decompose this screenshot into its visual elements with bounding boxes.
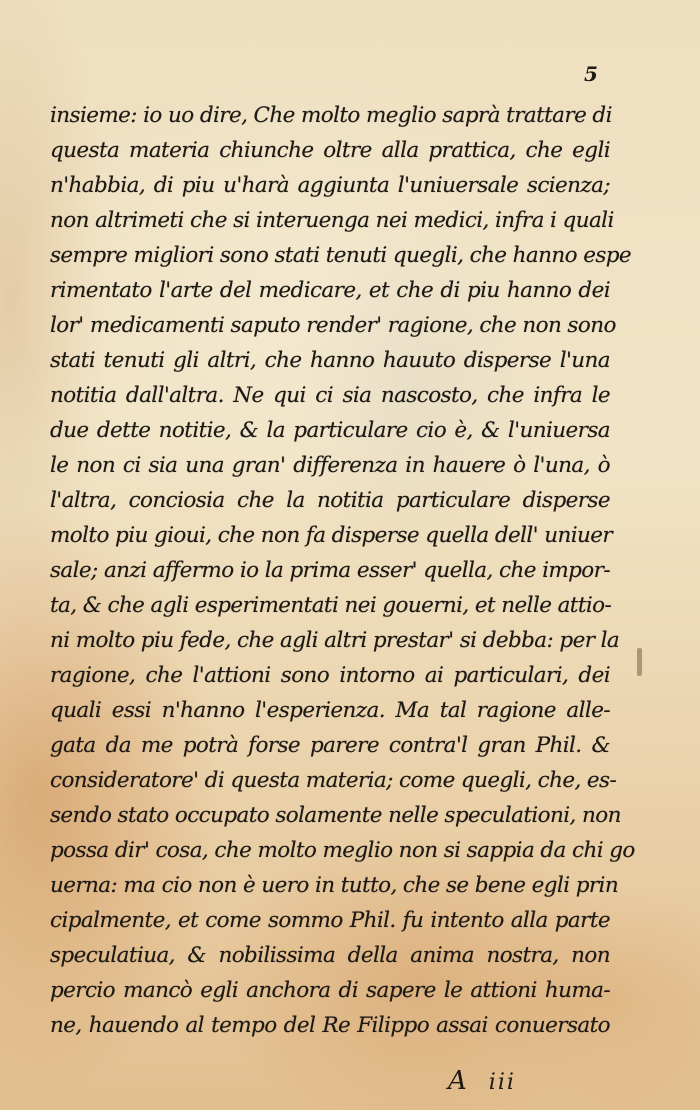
text-line: notitia dall'altra. Ne qui ci sia nascos… <box>50 378 610 413</box>
margin-mark <box>637 648 642 676</box>
text-line: percio mancò egli anchora di sapere le a… <box>50 973 610 1008</box>
text-line: non altrimeti che si interuenga nei medi… <box>50 203 610 238</box>
text-line: questa materia chiunche oltre alla pratt… <box>50 133 610 168</box>
text-line: consideratore' di questa materia; come q… <box>50 763 610 798</box>
text-line: ta, & che agli esperimentati nei gouerni… <box>50 588 610 623</box>
signature-mark: Aiii <box>448 1066 516 1096</box>
text-line: possa dir' cosa, che molto meglio non si… <box>50 833 610 868</box>
body-text: insieme: io uo dire, Che molto meglio sa… <box>50 98 610 1043</box>
text-line: n'habbia, di piu u'harà aggiunta l'uniue… <box>50 168 610 203</box>
page-number: 5 <box>584 62 598 86</box>
text-line: rimentato l'arte del medicare, et che di… <box>50 273 610 308</box>
signature-number: iii <box>489 1070 516 1095</box>
text-line: gata da me potrà forse parere contra'l g… <box>50 728 610 763</box>
text-line: stati tenuti gli altri, che hanno hauuto… <box>50 343 610 378</box>
text-line: l'altra, conciosia che la notitia partic… <box>50 483 610 518</box>
text-line: le non ci sia una gran' differenza in ha… <box>50 448 610 483</box>
text-line: sempre migliori sono stati tenuti quegli… <box>50 238 610 273</box>
text-line: sale; anzi affermo io la prima esser' qu… <box>50 553 610 588</box>
text-line: sendo stato occupato solamente nelle spe… <box>50 798 610 833</box>
book-page: 5 insieme: io uo dire, Che molto meglio … <box>0 0 700 1110</box>
text-line: cipalmente, et come sommo Phil. fu inten… <box>50 903 610 938</box>
text-line: insieme: io uo dire, Che molto meglio sa… <box>50 98 610 133</box>
text-line: lor' medicamenti saputo render' ragione,… <box>50 308 610 343</box>
text-line: ragione, che l'attioni sono intorno ai p… <box>50 658 610 693</box>
signature-letter: A <box>448 1066 469 1096</box>
text-line: quali essi n'hanno l'esperienza. Ma tal … <box>50 693 610 728</box>
text-line: ni molto piu fede, che agli altri presta… <box>50 623 610 658</box>
text-line: due dette notitie, & la particulare cio … <box>50 413 610 448</box>
text-line: molto piu gioui, che non fa disperse que… <box>50 518 610 553</box>
text-line: speculatiua, & nobilissima della anima n… <box>50 938 610 973</box>
text-line: ne, hauendo al tempo del Re Filippo assa… <box>50 1008 610 1043</box>
text-line: uerna: ma cio non è uero in tutto, che s… <box>50 868 610 903</box>
